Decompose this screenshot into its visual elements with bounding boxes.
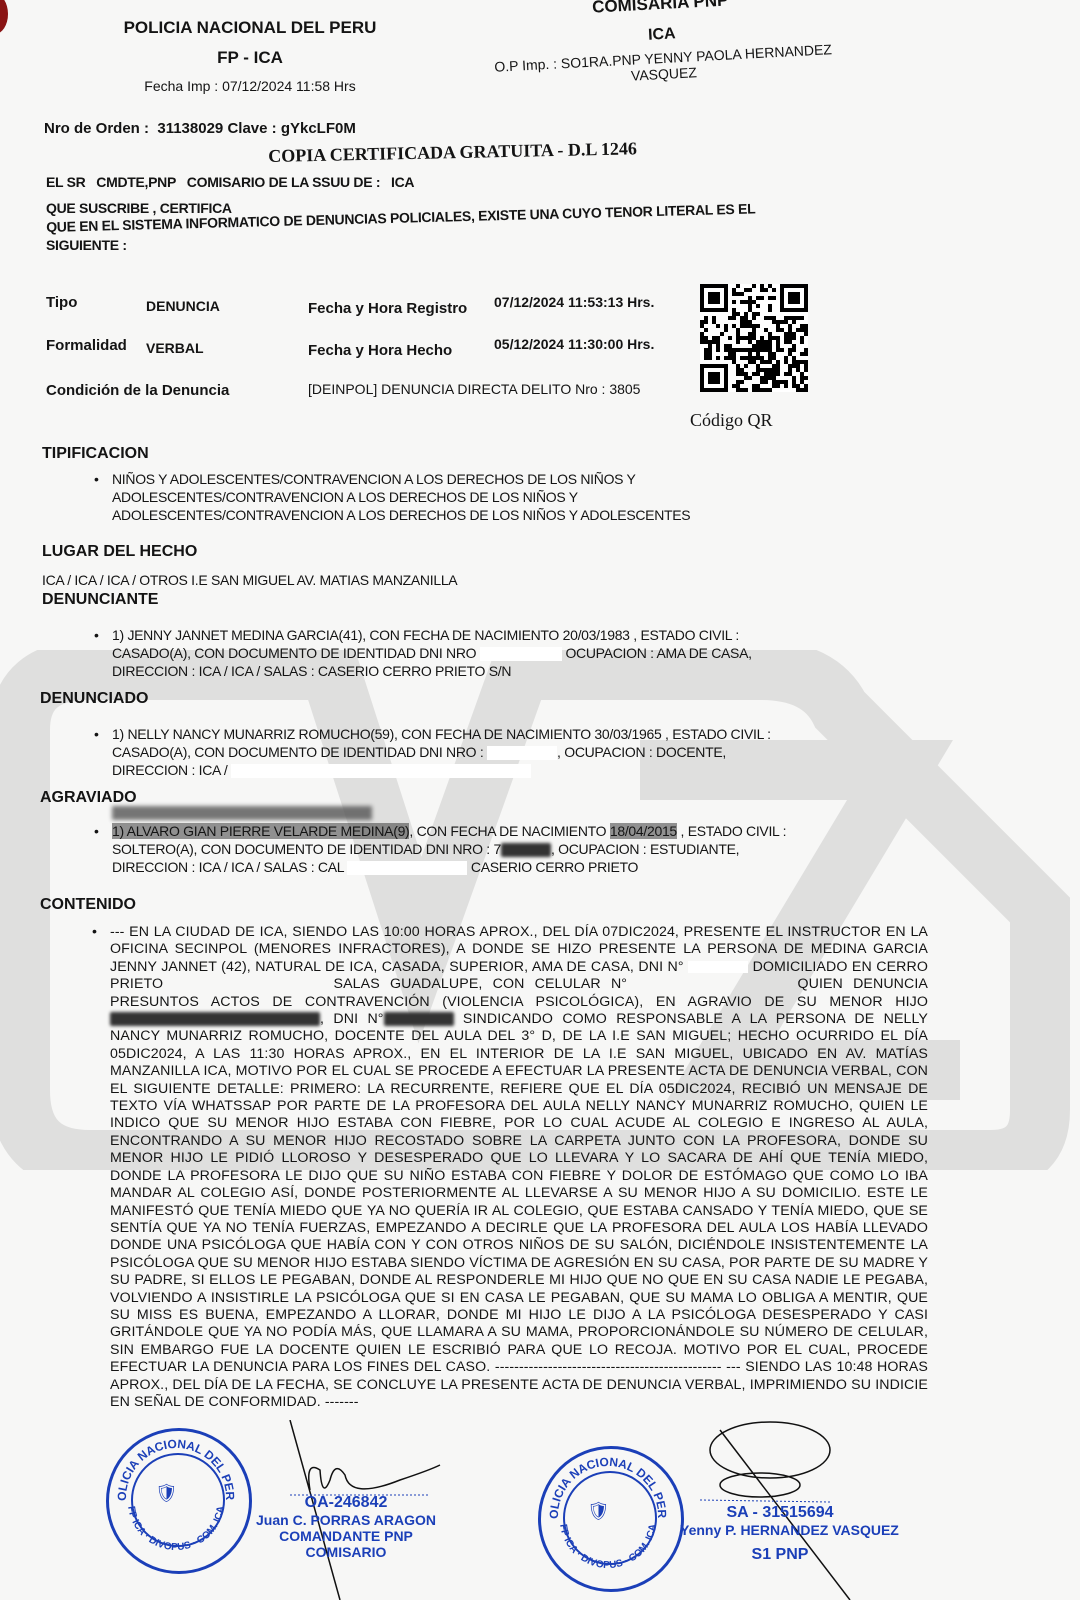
redacted-dni [501, 843, 551, 857]
denunciante-line2: CASADO(A), CON DOCUMENTO DE IDENTIDAD DN… [112, 644, 752, 662]
coat-of-arms-icon: 🛡 [587, 1501, 610, 1522]
contenido-body: • --- EN LA CIUDAD DE ICA, SIENDO LAS 10… [110, 924, 928, 1411]
left-official-stamp: POLICIA NACIONAL DEL PERU FP ICA · DIVOP… [106, 1428, 252, 1574]
tipificacion-line: ADOLESCENTES/CONTRAVENCION A LOS DERECHO… [112, 488, 690, 506]
agraviado-address: DIRECCION : ICA / ICA / SALAS : CAL [112, 859, 344, 875]
certification-title: COPIA CERTIFICADA GRATUITA - D.L 1246 [268, 138, 637, 167]
cert-role: COMISARIO DE LA SSUU DE : [187, 174, 380, 190]
agraviado-line1: 1) ALVARO GIAN PIERRE VELARDE MEDINA(9),… [112, 822, 786, 840]
denunciante-heading: DENUNCIANTE [42, 591, 158, 609]
stamp-inner-ring [563, 1471, 657, 1565]
denunciante-line3: DIRECCION : ICA / ICA / SALAS : CASERIO … [112, 662, 752, 680]
bullet-icon: • [94, 725, 99, 743]
hecho-label: Fecha y Hora Hecho [308, 342, 452, 359]
agraviado-line3: DIRECCION : ICA / ICA / SALAS : CAL CASE… [112, 858, 786, 876]
right-signer-id: SA - 31515694 [680, 1504, 880, 1522]
lugar-heading: LUGAR DEL HECHO [42, 543, 197, 561]
formalidad-label: Formalidad [46, 337, 127, 354]
right-signer-block: SA - 31515694 Yenny P. HERNANDEZ VASQUEZ… [680, 1504, 880, 1564]
contenido-p6: SINDICANDO COMO RESPONSABLE A LA PERSONA… [110, 1011, 928, 1410]
left-signer-id: OA-246842 [246, 1494, 446, 1512]
bullet-icon: • [94, 470, 99, 488]
certification-line2: QUE SUSCRIBE , CERTIFICA [46, 200, 232, 216]
redacted-dni [384, 1012, 454, 1026]
denunciado-line2: CASADO(A), CON DOCUMENTO DE IDENTIDAD DN… [112, 743, 771, 761]
tipificacion-line: NIÑOS Y ADOLESCENTES/CONTRAVENCION A LOS… [112, 470, 690, 488]
condicion-label: Condición de la Denuncia [46, 382, 229, 399]
right-official-stamp: POLICIA NACIONAL DEL PERU FP ICA · DIVOP… [538, 1446, 684, 1592]
lugar-value: ICA / ICA / ICA / OTROS I.E SAN MIGUEL A… [42, 572, 457, 588]
order-key: gYkcLF0M [281, 120, 356, 137]
unit-name: FP - ICA [110, 48, 390, 68]
redacted-name [110, 1012, 320, 1026]
order-label: Nro de Orden : [44, 120, 149, 137]
agraviado-name-redacted: 1) ALVARO GIAN PIERRE VELARDE MEDINA(9) [112, 823, 409, 839]
institution-name: POLICIA NACIONAL DEL PERU [110, 18, 390, 38]
right-signer-name: Yenny P. HERNANDEZ VASQUEZ [680, 1522, 880, 1538]
agraviado-civil-label: , ESTADO CIVIL : [677, 823, 786, 839]
tipificacion-heading: TIPIFICACION [42, 445, 149, 463]
formalidad-value: VERBAL [146, 340, 204, 356]
denunciado-line3: DIRECCION : ICA / [112, 761, 771, 779]
document-page: POLICIA NACIONAL DEL PERU FP - ICA Fecha… [0, 0, 1080, 1600]
order-number: 31138029 [157, 120, 223, 137]
redaction-bar [112, 806, 372, 820]
tipificacion-list: • NIÑOS Y ADOLESCENTES/CONTRAVENCION A L… [112, 470, 690, 524]
right-signer-rank: S1 PNP [680, 1546, 880, 1564]
qr-code-icon [700, 284, 808, 392]
left-signer-block: OA-246842 Juan C. PORRAS ARAGON COMANDAN… [246, 1494, 446, 1560]
bullet-icon: • [94, 626, 99, 644]
print-date: Fecha Imp : 07/12/2024 11:58 Hrs [110, 78, 390, 94]
qr-caption: Código QR [690, 410, 773, 431]
denunciado-entry: • 1) NELLY NANCY MUNARRIZ ROMUCHO(59), C… [112, 725, 771, 779]
stamp-inner-ring [131, 1453, 225, 1547]
cert-rank: CMDTE,PNP [96, 174, 176, 190]
left-signer-rank: COMANDANTE PNP [246, 1528, 446, 1544]
agraviado-address-end: CASERIO CERRO PRIETO [471, 859, 638, 875]
agraviado-heading: AGRAVIADO [40, 789, 137, 807]
denunciante-dni-label: CASADO(A), CON DOCUMENTO DE IDENTIDAD DN… [112, 645, 476, 661]
key-label: Clave : [227, 120, 276, 137]
header-left: POLICIA NACIONAL DEL PERU FP - ICA Fecha… [110, 18, 390, 104]
header-right: COMISARIA PNP ICA O.P Imp. : SO1RA.PNP Y… [470, 0, 854, 92]
bullet-icon: • [94, 822, 99, 840]
agraviado-dob-redacted: 18/04/2015 [610, 823, 677, 839]
denunciado-heading: DENUNCIADO [40, 690, 148, 708]
denunciado-occupation: , OCUPACION : DOCENTE, [557, 744, 726, 760]
agraviado-entry: • 1) ALVARO GIAN PIERRE VELARDE MEDINA(9… [112, 822, 786, 876]
cert-city: ICA [391, 174, 414, 190]
cert-sr: EL SR [46, 174, 85, 190]
agraviado-line2: SOLTERO(A), CON DOCUMENTO DE IDENTIDAD D… [112, 840, 786, 858]
coat-of-arms-icon: 🛡 [155, 1483, 178, 1504]
tipo-label: Tipo [46, 294, 77, 311]
denunciante-occupation: OCUPACION : AMA DE CASA, [565, 645, 751, 661]
redacted-dni [480, 647, 562, 661]
order-line: Nro de Orden : 31138029 Clave : gYkcLF0M [44, 120, 356, 137]
certification-line4: SIGUIENTE : [46, 237, 127, 253]
corner-mark [0, 0, 8, 34]
contenido-heading: CONTENIDO [40, 896, 136, 914]
left-signer-role: COMISARIO [246, 1544, 446, 1560]
redacted-dni [487, 746, 557, 760]
denunciante-line1: 1) JENNY JANNET MEDINA GARCIA(41), CON F… [112, 626, 752, 644]
agraviado-dob-label: , CON FECHA DE NACIMIENTO [409, 823, 609, 839]
redacted-dni [688, 961, 748, 973]
certification-line1: EL SR CMDTE,PNP COMISARIO DE LA SSUU DE … [46, 174, 414, 190]
tipo-value: DENUNCIA [146, 298, 220, 314]
denunciante-entry: • 1) JENNY JANNET MEDINA GARCIA(41), CON… [112, 626, 752, 680]
registro-label: Fecha y Hora Registro [308, 300, 467, 317]
denunciado-address: DIRECCION : ICA / [112, 762, 227, 778]
left-signer-name: Juan C. PORRAS ARAGON [246, 1512, 446, 1528]
condicion-value: [DEINPOL] DENUNCIA DIRECTA DELITO Nro : … [308, 381, 640, 397]
denunciado-line1: 1) NELLY NANCY MUNARRIZ ROMUCHO(59), CON… [112, 725, 771, 743]
agraviado-occupation: , OCUPACION : ESTUDIANTE, [551, 841, 739, 857]
agraviado-dni-label: SOLTERO(A), CON DOCUMENTO DE IDENTIDAD D… [112, 841, 501, 857]
registro-value: 07/12/2024 11:53:13 Hrs. [494, 294, 654, 310]
contenido-p3: SALAS GUADALUPE, CON CELULAR N° [334, 976, 628, 992]
bullet-icon: • [92, 924, 97, 941]
denunciado-dni-label: CASADO(A), CON DOCUMENTO DE IDENTIDAD DN… [112, 744, 483, 760]
hecho-value: 05/12/2024 11:30:00 Hrs. [494, 336, 654, 352]
contenido-p5: , DNI N° [320, 1011, 384, 1027]
redacted-address [231, 764, 531, 778]
tipificacion-line: ADOLESCENTES/CONTRAVENCION A LOS DERECHO… [112, 506, 690, 524]
redacted-address [347, 861, 467, 875]
